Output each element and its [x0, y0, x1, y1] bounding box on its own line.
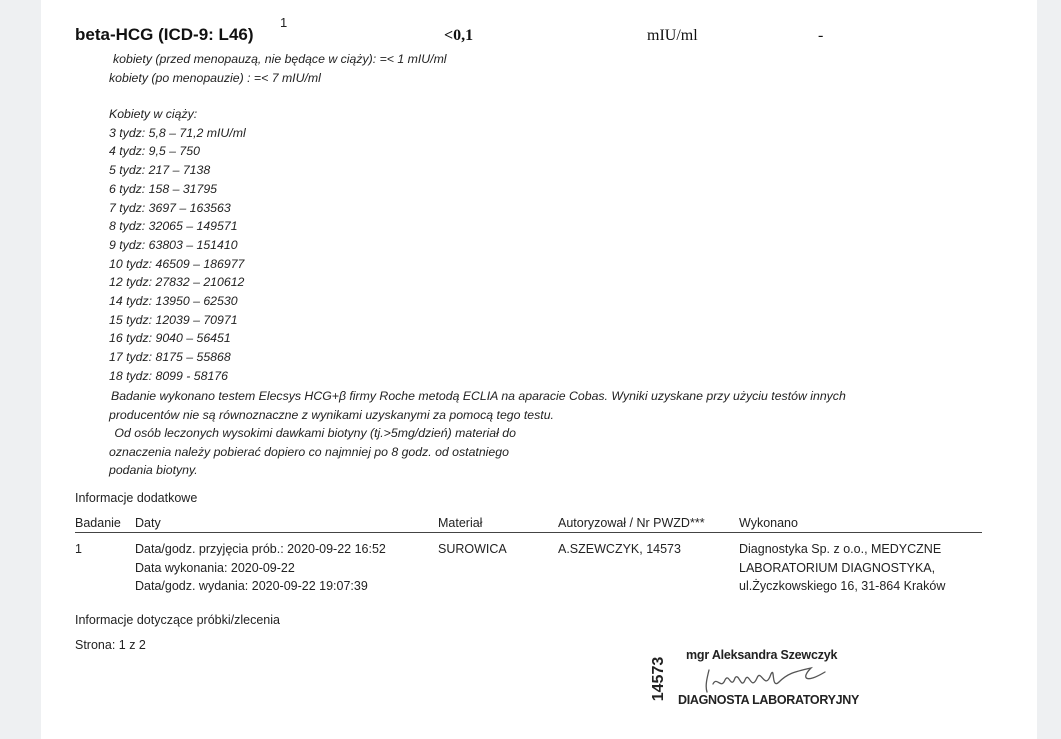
pregnancy-range: 16 tydz: 9040 – 56451 — [109, 329, 246, 348]
column-header: Autoryzował / Nr PWZD*** — [558, 516, 705, 530]
pregnancy-range: 6 tydz: 158 – 31795 — [109, 180, 246, 199]
note-line: podania biotyny. — [109, 461, 846, 480]
reference-range: kobiety (po menopauzie) : =< 7 mIU/ml — [109, 69, 447, 88]
lab-line: LABORATORIUM DIAGNOSTYKA, — [739, 559, 945, 578]
table-row: 1 Data/godz. przyjęcia prób.: 2020-09-22… — [75, 540, 982, 602]
column-header: Daty — [135, 516, 161, 530]
additional-info-heading: Informacje dodatkowe — [75, 491, 197, 505]
reference-ranges: kobiety (przed menopauzą, nie będące w c… — [109, 50, 447, 87]
additional-info-table: Badanie Daty Materiał Autoryzował / Nr P… — [75, 516, 982, 602]
pregnancy-range: 4 tydz: 9,5 – 750 — [109, 142, 246, 161]
table-header: Badanie Daty Materiał Autoryzował / Nr P… — [75, 516, 982, 533]
pregnancy-range: 14 tydz: 13950 – 62530 — [109, 292, 246, 311]
reference-range: kobiety (przed menopauzą, nie będące w c… — [113, 50, 447, 69]
method-notes: Badanie wykonano testem Elecsys HCG+β fi… — [111, 387, 846, 480]
cell-badanie: 1 — [75, 540, 82, 559]
cell-material: SUROWICA — [438, 540, 507, 559]
test-unit: mIU/ml — [647, 27, 698, 45]
date-line: Data/godz. przyjęcia prób.: 2020-09-22 1… — [135, 540, 386, 559]
pregnancy-ranges: Kobiety w ciąży: 3 tydz: 5,8 – 71,2 mIU/… — [109, 105, 246, 386]
pregnancy-range: 18 tydz: 8099 - 58176 — [109, 367, 246, 386]
sample-info-heading: Informacje dotyczące próbki/zlecenia — [75, 613, 280, 627]
stamp-number-text: 14573 — [650, 651, 668, 707]
lab-line: Diagnostyka Sp. z o.o., MEDYCZNE — [739, 540, 945, 559]
signature-icon — [701, 664, 831, 696]
pregnancy-range: 3 tydz: 5,8 – 71,2 mIU/ml — [109, 124, 246, 143]
note-line: producentów nie są równoznaczne z wynika… — [109, 406, 846, 425]
cell-wykonano: Diagnostyka Sp. z o.o., MEDYCZNE LABORAT… — [739, 540, 945, 596]
date-line: Data/godz. wydania: 2020-09-22 19:07:39 — [135, 577, 386, 596]
pregnancy-range: 15 tydz: 12039 – 70971 — [109, 311, 246, 330]
pregnancy-range: 8 tydz: 32065 – 149571 — [109, 217, 246, 236]
pregnancy-range: 5 tydz: 217 – 7138 — [109, 161, 246, 180]
date-line: Data wykonania: 2020-09-22 — [135, 559, 386, 578]
test-flag: - — [818, 27, 823, 45]
test-result: <0,1 — [444, 27, 473, 45]
stamp-name: mgr Aleksandra Szewczyk — [686, 648, 837, 662]
note-line: Badanie wykonano testem Elecsys HCG+β fi… — [111, 387, 846, 406]
pregnancy-range: 12 tydz: 27832 – 210612 — [109, 273, 246, 292]
stamp-title: DIAGNOSTA LABORATORYJNY — [678, 693, 859, 707]
column-header: Materiał — [438, 516, 482, 530]
pregnancy-heading: Kobiety w ciąży: — [109, 105, 246, 124]
note-line: oznaczenia należy pobierać dopiero co na… — [109, 443, 846, 462]
pregnancy-range: 17 tydz: 8175 – 55868 — [109, 348, 246, 367]
note-line: Od osób leczonych wysokimi dawkami bioty… — [111, 424, 846, 443]
column-header: Wykonano — [739, 516, 798, 530]
pregnancy-range: 10 tydz: 46509 – 186977 — [109, 255, 246, 274]
pregnancy-range: 9 tydz: 63803 – 151410 — [109, 236, 246, 255]
page-indicator: Strona: 1 z 2 — [75, 638, 146, 652]
footnote-marker: 1 — [280, 15, 287, 30]
column-header: Badanie — [75, 516, 121, 530]
test-name: beta-HCG (ICD-9: L46) — [75, 25, 254, 45]
lab-line: ul.Życzkowskiego 16, 31-864 Kraków — [739, 577, 945, 596]
stamp-number: 14573 — [649, 650, 667, 710]
document-page: beta-HCG (ICD-9: L46) 1 <0,1 mIU/ml - ko… — [41, 0, 1037, 739]
cell-daty: Data/godz. przyjęcia prób.: 2020-09-22 1… — [135, 540, 386, 596]
pregnancy-range: 7 tydz: 3697 – 163563 — [109, 199, 246, 218]
cell-autoryzowal: A.SZEWCZYK, 14573 — [558, 540, 681, 559]
